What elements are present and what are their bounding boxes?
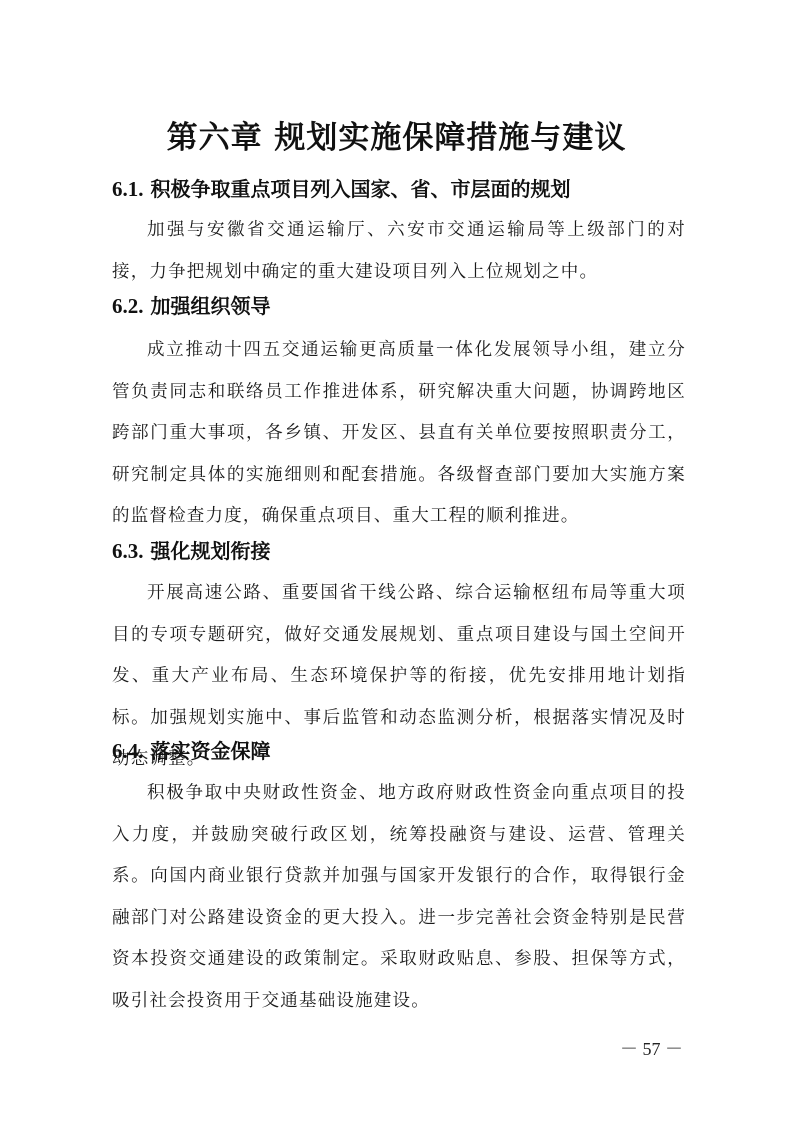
section-number: 6.3.	[112, 539, 144, 563]
section-title: 强化规划衔接	[150, 539, 270, 563]
section-number: 6.4.	[112, 739, 144, 763]
section-paragraph-6-4: 积极争取中央财政性资金、地方政府财政性资金向重点项目的投入力度，并鼓励突破行政区…	[112, 773, 686, 1022]
section-title: 落实资金保障	[150, 739, 270, 763]
page-number: － 57 －	[620, 1035, 683, 1061]
section-paragraph-6-2: 成立推动十四五交通运输更高质量一体化发展领导小组，建立分管负责同志和联络员工作推…	[112, 330, 686, 538]
section-heading-6-1: 6.1. 积极争取重点项目列入国家、省、市层面的规划	[112, 175, 570, 203]
section-paragraph-6-1: 加强与安徽省交通运输厅、六安市交通运输局等上级部门的对接，力争把规划中确定的重大…	[112, 210, 686, 293]
section-title: 积极争取重点项目列入国家、省、市层面的规划	[150, 177, 570, 201]
section-number: 6.1.	[112, 177, 144, 201]
section-heading-6-3: 6.3. 强化规划衔接	[112, 537, 270, 565]
chapter-title: 第六章 规划实施保障措施与建议	[0, 118, 793, 158]
section-number: 6.2.	[112, 294, 144, 318]
section-title: 加强组织领导	[150, 294, 270, 318]
section-heading-6-2: 6.2. 加强组织领导	[112, 292, 270, 320]
section-heading-6-4: 6.4. 落实资金保障	[112, 737, 270, 765]
document-page: 第六章 规划实施保障措施与建议 6.1. 积极争取重点项目列入国家、省、市层面的…	[0, 0, 793, 1122]
